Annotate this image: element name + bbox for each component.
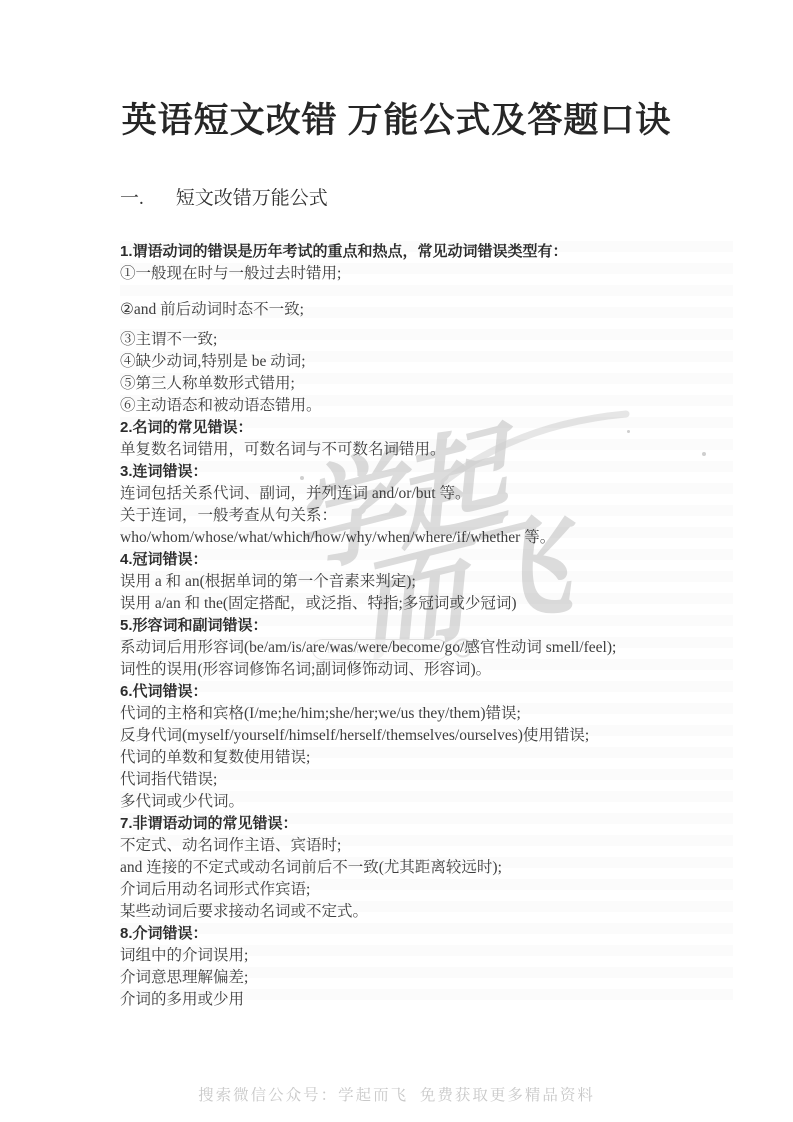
text-line: 代词的单数和复数使用错误; [120, 747, 733, 769]
text-line: and 连接的不定式或动名词前后不一致(尤其距离较远时); [120, 857, 733, 879]
text-line: 误用 a 和 an(根据单词的第一个音素来判定); [120, 571, 733, 593]
text-line: 6.代词错误： [120, 681, 733, 703]
section-title: 短文改错万能公式 [176, 188, 328, 209]
text-line: ⑥主动语态和被动语态错用。 [120, 395, 733, 417]
text-line: 1.谓语动词的错误是历年考试的重点和热点，常见动词错误类型有： [120, 241, 733, 263]
document-page: 学起 而飞 搜索微信公众号“学起而飞” 英语短文改错 万能公式及答题口诀 一.短… [0, 0, 793, 1122]
text-line: who/whom/whose/what/which/how/why/when/w… [120, 527, 733, 549]
text-line: 多代词或少代词。 [120, 791, 733, 813]
text-line: 不定式、动名词作主语、宾语时; [120, 835, 733, 857]
footer-note: 搜索微信公众号：学起而飞 免费获取更多精品资料 [0, 1083, 793, 1105]
text-line: 词性的误用(形容词修饰名词;副词修饰动词、形容词)。 [120, 659, 733, 681]
text-line: 代词的主格和宾格(I/me;he/him;she/her;we/us they/… [120, 703, 733, 725]
text-line: 介词后用动名词形式作宾语; [120, 879, 733, 901]
text-line: 关于连词，一般考查从句关系： [120, 505, 733, 527]
text-line: 3.连词错误： [120, 461, 733, 483]
text-line: 5.形容词和副词错误： [120, 615, 733, 637]
text-line: 8.介词错误： [120, 923, 733, 945]
page-title: 英语短文改错 万能公式及答题口诀 [60, 93, 733, 143]
section-number: 一. [120, 188, 144, 209]
text-line: ①一般现在时与一般过去时错用; [120, 263, 733, 285]
text-line: ⑤第三人称单数形式错用; [120, 373, 733, 395]
text-line: ③主谓不一致; [120, 329, 733, 351]
text-line: 连词包括关系代词、副词，并列连词 and/or/but 等。 [120, 483, 733, 505]
text-line: 词组中的介词误用; [120, 945, 733, 967]
text-line: 代词指代错误; [120, 769, 733, 791]
text-line: 系动词后用形容词(be/am/is/are/was/were/become/go… [120, 637, 733, 659]
text-line: ②and 前后动词时态不一致; [120, 299, 733, 321]
text-line: 4.冠词错误： [120, 549, 733, 571]
text-line: 单复数名词错用，可数名词与不可数名词错用。 [120, 439, 733, 461]
text-line: 误用 a/an 和 the(固定搭配，或泛指、特指;多冠词或少冠词) [120, 593, 733, 615]
document-content: 英语短文改错 万能公式及答题口诀 一.短文改错万能公式 1.谓语动词的错误是历年… [0, 93, 793, 1011]
text-line: 2.名词的常见错误： [120, 417, 733, 439]
text-line: 反身代词(myself/yourself/himself/herself/the… [120, 725, 733, 747]
text-line: 介词意思理解偏差; [120, 967, 733, 989]
text-line: 介词的多用或少用 [120, 989, 733, 1011]
body-text: 1.谓语动词的错误是历年考试的重点和热点，常见动词错误类型有：①一般现在时与一般… [120, 241, 733, 1011]
text-line: ④缺少动词,特别是 be 动词; [120, 351, 733, 373]
section-heading: 一.短文改错万能公式 [120, 183, 793, 210]
text-line: 某些动词后要求接动名词或不定式。 [120, 901, 733, 923]
text-line: 7.非谓语动词的常见错误： [120, 813, 733, 835]
